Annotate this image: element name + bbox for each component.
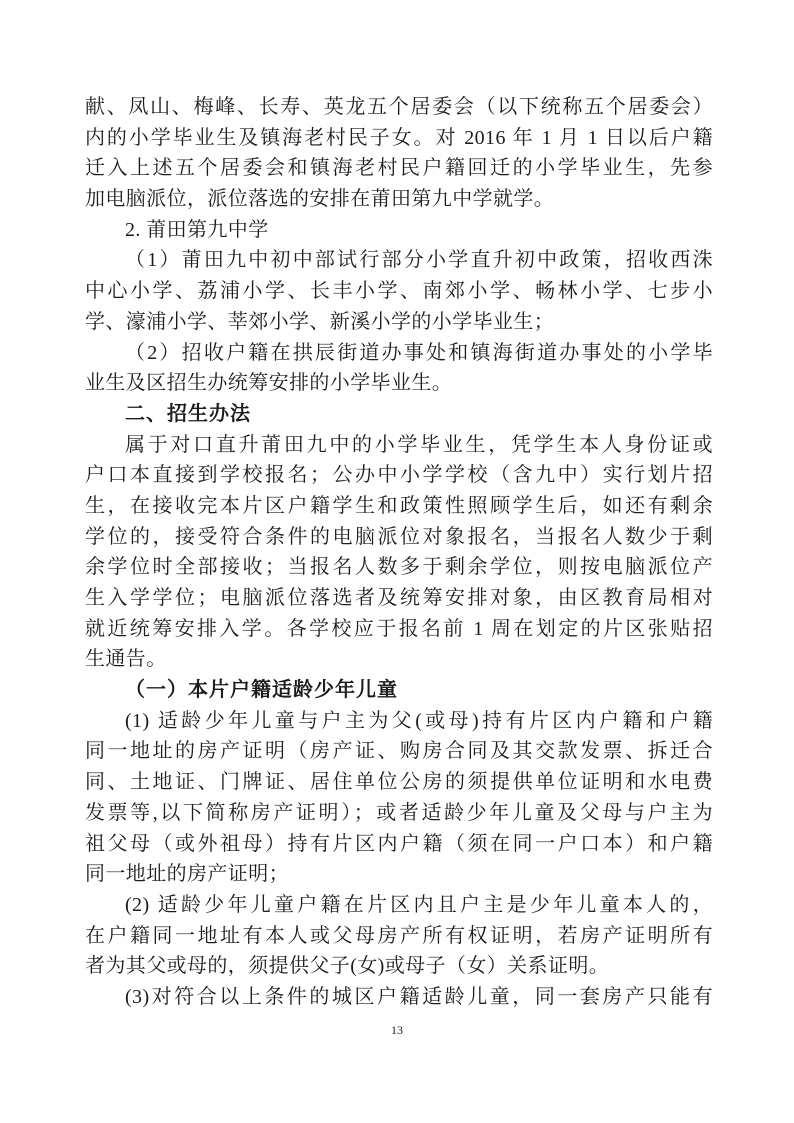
text-line: 生入学学位；电脑派位落选者及统筹安排对象，由区教育局相对 bbox=[85, 583, 713, 614]
text-line: 余学位时全部接收；当报名人数多于剩余学位，则按电脑派位产 bbox=[85, 552, 713, 583]
text-line: 祖父母（或外祖母）持有片区内户籍（须在同一户口本）和户籍 bbox=[85, 829, 713, 860]
text-line: （1）莆田九中初中部试行部分小学直升初中政策，招收西洙 bbox=[85, 245, 713, 276]
text-line: 属于对口直升莆田九中的小学毕业生，凭学生本人身份证或 bbox=[85, 430, 713, 461]
text-line: 同一地址的房产证明（房产证、购房合同及其交款发票、拆迁合 bbox=[85, 736, 713, 767]
text-line: （2）招收户籍在拱辰街道办事处和镇海街道办事处的小学毕 bbox=[85, 338, 713, 369]
document-page: 献、凤山、梅峰、长寿、英龙五个居委会（以下统称五个居委会） 内的小学毕业生及镇海… bbox=[0, 0, 794, 1123]
list-item-heading: 2. 莆田第九中学 bbox=[85, 215, 713, 246]
text-line: 学、濠浦小学、莘郊小学、新溪小学的小学毕业生； bbox=[85, 307, 713, 338]
text-line: 生通告。 bbox=[85, 644, 713, 675]
text-line: (1) 适龄少年儿童与户主为父(或母)持有片区内户籍和户籍 bbox=[85, 706, 713, 737]
text-line: 内的小学毕业生及镇海老村民子女。对 2016 年 1 月 1 日以后户籍 bbox=[85, 123, 713, 154]
text-line: 就近统筹安排入学。各学校应于报名前 1 周在划定的片区张贴招 bbox=[85, 614, 713, 645]
text-line: 同、土地证、门牌证、居住单位公房的须提供单位证明和水电费 bbox=[85, 767, 713, 798]
text-line: 献、凤山、梅峰、长寿、英龙五个居委会（以下统称五个居委会） bbox=[85, 92, 713, 123]
text-line: 加电脑派位，派位落选的安排在莆田第九中学就学。 bbox=[85, 184, 713, 215]
text-line: 迁入上述五个居委会和镇海老村民户籍回迁的小学毕业生，先参 bbox=[85, 153, 713, 184]
text-line: 中心小学、荔浦小学、长丰小学、南郊小学、畅林小学、七步小 bbox=[85, 276, 713, 307]
section-heading-enrollment-method: 二、招生办法 bbox=[85, 399, 713, 430]
section-heading-local-registered-children: （一）本片户籍适龄少年儿童 bbox=[85, 675, 713, 706]
text-line: 业生及区招生办统筹安排的小学毕业生。 bbox=[85, 368, 713, 399]
document-body: 献、凤山、梅峰、长寿、英龙五个居委会（以下统称五个居委会） 内的小学毕业生及镇海… bbox=[85, 92, 713, 1013]
text-line: 生，在接收完本片区户籍学生和政策性照顾学生后，如还有剩余 bbox=[85, 491, 713, 522]
text-line: 发票等,以下简称房产证明）；或者适龄少年儿童及父母与户主为 bbox=[85, 798, 713, 829]
page-number: 13 bbox=[0, 1022, 794, 1038]
text-line: 者为其父或母的，须提供父子(女)或母子（女）关系证明。 bbox=[85, 951, 713, 982]
text-line: 学位的，接受符合条件的电脑派位对象报名，当报名人数少于剩 bbox=[85, 522, 713, 553]
text-line: 同一地址的房产证明； bbox=[85, 859, 713, 890]
text-line: (3)对符合以上条件的城区户籍适龄儿童，同一套房产只能有 bbox=[85, 982, 713, 1013]
text-line: (2) 适龄少年儿童户籍在片区内且户主是少年儿童本人的， bbox=[85, 890, 713, 921]
text-line: 在户籍同一地址有本人或父母房产所有权证明，若房产证明所有 bbox=[85, 921, 713, 952]
text-line: 户口本直接到学校报名；公办中小学学校（含九中）实行划片招 bbox=[85, 460, 713, 491]
